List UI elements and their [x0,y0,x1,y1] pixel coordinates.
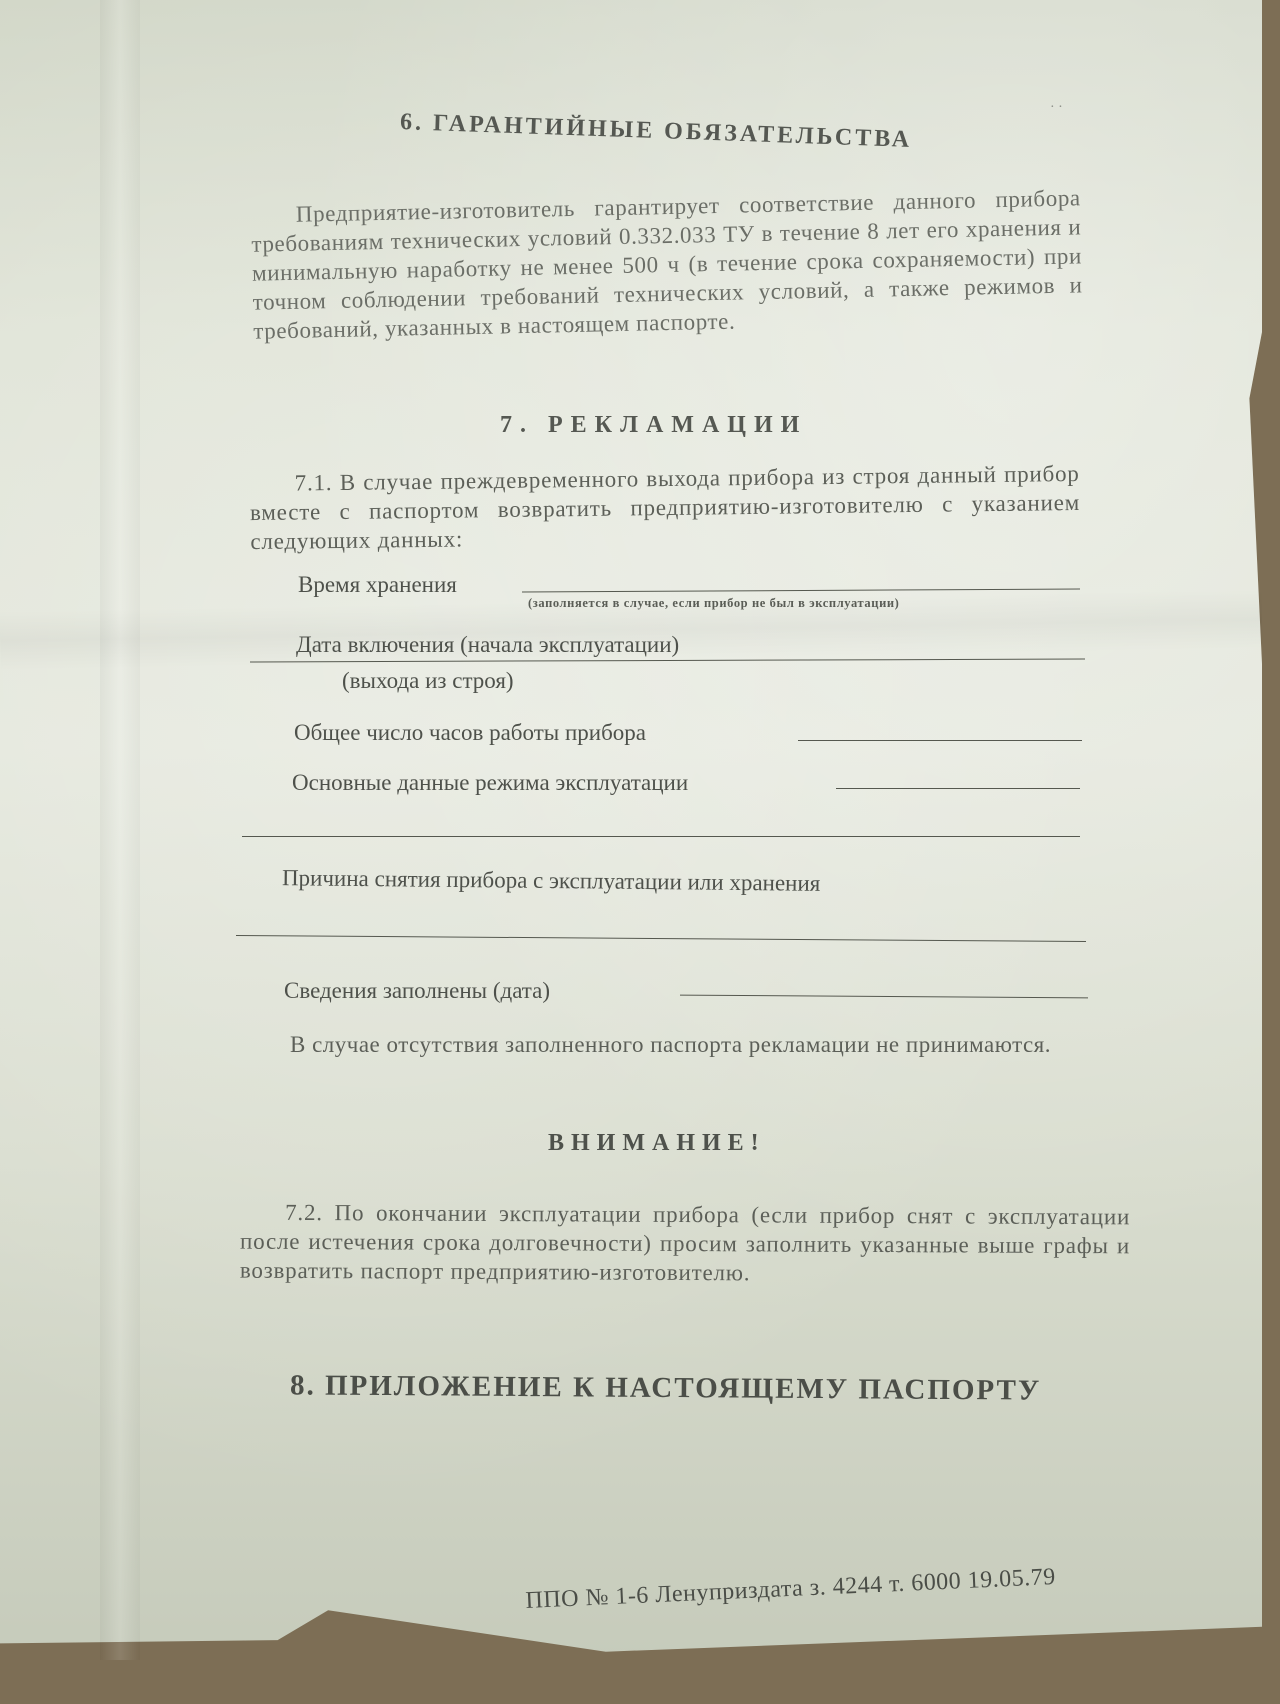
section-7-2-text: 7.2. По окончании эксплуатации прибора (… [240,1198,1130,1290]
start-date-line[interactable] [250,659,1085,663]
section-7-1-text: 7.1. В случае преждевременного выхода пр… [249,459,1080,556]
absent-passport-text: В случае отсутствия заполненного паспорт… [290,1032,1051,1057]
mode-data-line-2[interactable] [242,836,1080,837]
filled-date-label: Сведения заполнены (дата) [284,978,550,1004]
warranty-text: Предприятие-изготовитель гарантирует соо… [251,185,1083,343]
removal-reason-label: Причина снятия прибора с эксплуатации ил… [282,865,821,897]
total-hours-label: Общее число часов работы прибора [294,720,646,746]
passport-page: · · 6. ГАРАНТИЙНЫЕ ОБЯЗАТЕЛЬСТВА Предпри… [0,0,1280,1704]
total-hours-line[interactable] [798,740,1082,741]
section-6-text: Предприятие-изготовитель гарантирует соо… [251,183,1084,345]
claims-instructions: 7.1. В случае преждевременного выхода пр… [250,461,1080,554]
section-7-title: 7. РЕКЛАМАЦИИ [500,412,807,439]
absent-passport-note: В случае отсутствия заполненного паспорт… [245,1030,1100,1059]
print-imprint: ППО № 1-6 Ленуприздата з. 4244 т. 6000 1… [525,1564,1056,1615]
storage-time-line[interactable] [522,589,1080,593]
attention-title: ВНИМАНИЕ! [548,1130,766,1157]
end-of-life-instructions: 7.2. По окончании эксплуатации прибора (… [240,1200,1130,1285]
section-6-title: 6. ГАРАНТИЙНЫЕ ОБЯЗАТЕЛЬСТВА [400,109,913,154]
storage-time-hint: (заполняется в случае, если прибор не бы… [528,596,899,611]
failure-date-label: (выхода из строя) [342,668,514,694]
mode-data-label: Основные данные режима эксплуатации [292,770,688,796]
section-8-title: 8. ПРИЛОЖЕНИЕ К НАСТОЯЩЕМУ ПАСПОРТУ [290,1369,1041,1407]
removal-reason-line[interactable] [236,935,1086,942]
start-date-label: Дата включения (начала эксплуатации) [296,632,679,658]
mode-data-line[interactable] [836,788,1080,789]
storage-time-label: Время хранения [298,572,457,598]
print-specks: · · [1050,100,1063,116]
filled-date-line[interactable] [680,995,1088,999]
